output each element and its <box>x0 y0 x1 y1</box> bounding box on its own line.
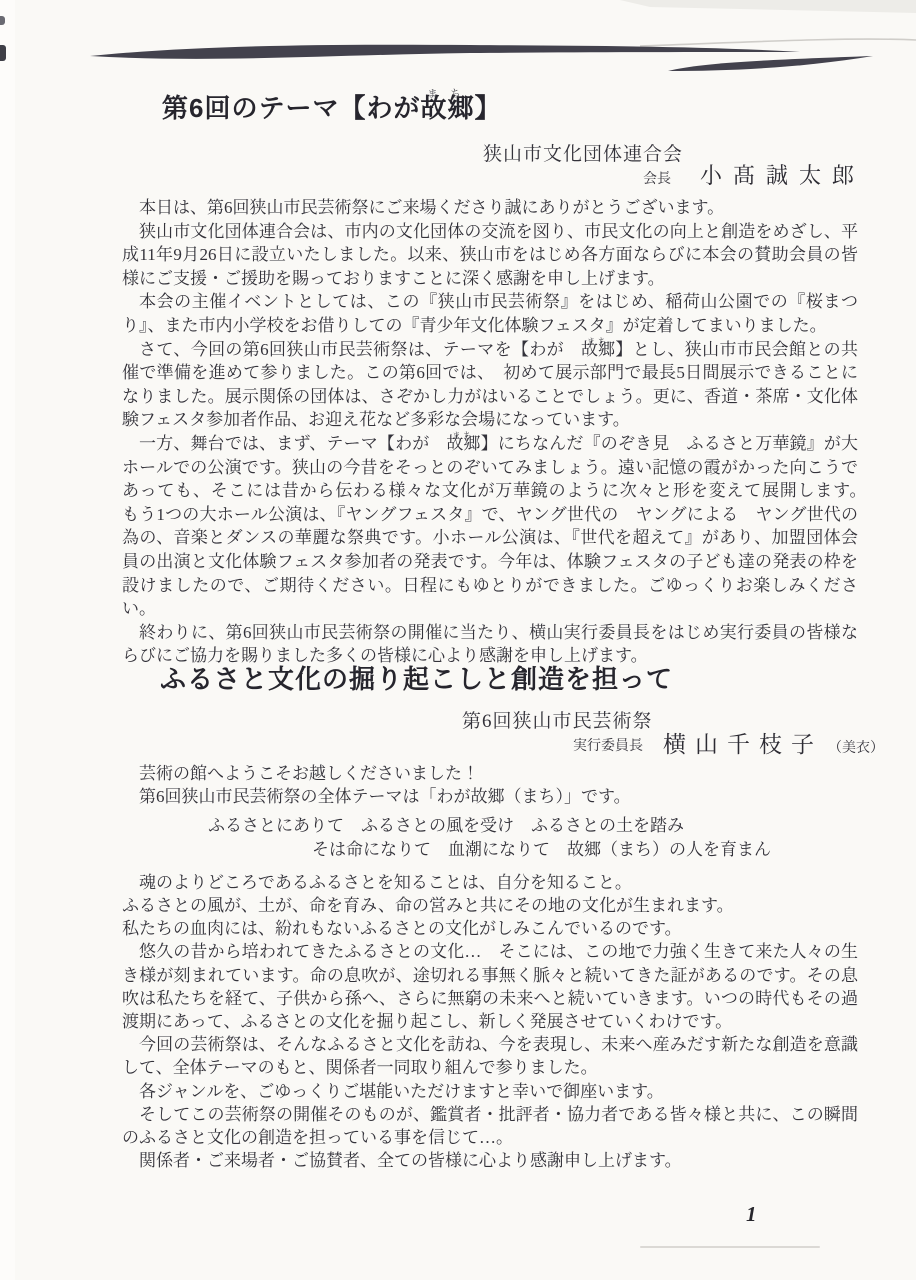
s2-line-2: ふるさとの風が、土が、命を育み、命の営みと共にその地の文化が生まれます。 <box>122 894 858 917</box>
event-name: 第6回狭山市民芸術祭 <box>462 706 653 733</box>
section1-title: 第6回のテーマ【わが故郷まち】 <box>162 93 502 123</box>
scan-bottom-artifact <box>640 1246 820 1248</box>
chairman-name: 小髙誠太郎 <box>700 159 865 190</box>
scan-top-shadow <box>620 0 916 13</box>
organization-name: 狭山市文化団体連合会 <box>483 139 683 166</box>
s2-paragraph-5: 今回の芸術祭は、そんなふるさと文化を訪ね、今を表現し、未来へ産みだす新たな創造を… <box>122 1033 858 1079</box>
s2-line-3: 私たちの血肉には、紛れもないふるさとの文化がしみこんでいるのです。 <box>122 917 858 940</box>
s1-paragraph-2: 狭山市文化団体連合会は、市内の文化団体の交流を図り、市民文化の向上と創造をめざし… <box>122 220 858 291</box>
scan-left-edge <box>0 0 15 1280</box>
s1-paragraph-6: 終わりに、第6回狭山市民芸術祭の開催に当たり、横山実行委員長をはじめ実行委員の皆… <box>122 621 858 668</box>
committee-chief-name: 横山千枝子 <box>663 726 823 759</box>
s2-paragraph-6: 各ジャンルを、ごゆっくりご堪能いただけますと幸いで御座います。 <box>122 1080 858 1103</box>
section2-title: ふるさと文化の掘り起こしと創造を担って <box>160 664 673 694</box>
section1-body: 本日は、第6回狭山市民芸術祭にご来場くださり誠にありがとうございます。 狭山市文… <box>122 196 858 668</box>
s2-line-1: 魂のよりどころであるふるさとを知ることは、自分を知ること。 <box>122 871 858 894</box>
s1-paragraph-4: さて、今回の第6回狭山市民芸術祭は、テーマを【わが故郷まち】とし、狭山市市民会館… <box>122 338 858 432</box>
scanned-document-page: 第6回のテーマ【わが故郷まち】 狭山市文化団体連合会 会長 小髙誠太郎 本日は、… <box>0 0 916 1280</box>
s2-paragraph-7: そしてこの芸術祭の開催そのものが、鑑賞者・批評者・協力者である皆々様と共に、この… <box>122 1103 858 1149</box>
section2-body: 芸術の館へようこそお越しくださいました！ 第6回狭山市民芸術祭の全体テーマは「わ… <box>122 762 858 1172</box>
s2-greeting-1: 芸術の館へようこそお越しくださいました！ <box>122 762 858 785</box>
page-number: 1 <box>746 1202 757 1227</box>
scan-page-edge-line <box>640 39 916 46</box>
poem-line-2: そは命になりて 血潮になりて 故郷（まち）の人を育まん <box>122 838 858 861</box>
ruby-word: 故郷まち <box>420 93 474 123</box>
committee-role-label: 実行委員長 <box>573 735 643 755</box>
furigana: まち <box>421 80 473 110</box>
furigana: まち <box>435 424 474 448</box>
s1-paragraph-3: 本会の主催イベントとしては、この『狭山市民芸術祭』をはじめ、稲荷山公園での『桜ま… <box>122 290 858 337</box>
furigana: まち <box>570 330 609 354</box>
poem-line-1: ふるさとにありて ふるさとの風を受け ふるさとの土を踏み <box>122 814 858 837</box>
s1-paragraph-1: 本日は、第6回狭山市民芸術祭にご来場くださり誠にありがとうございます。 <box>122 196 858 220</box>
committee-chief-name-note: （美衣） <box>828 737 884 757</box>
swoosh-accent-stroke <box>668 56 873 71</box>
ruby-word: 故郷まち <box>429 432 480 456</box>
ruby-word: 故郷まち <box>564 338 615 362</box>
swoosh-main-stroke <box>90 45 800 59</box>
s2-paragraph-4: 悠久の昔から培われてきたふるさとの文化… そこには、この地で力強く生きて来た人々… <box>122 940 858 1033</box>
s2-greeting-2: 第6回狭山市民芸術祭の全体テーマは「わが故郷（まち）」です。 <box>122 785 858 808</box>
s2-paragraph-8: 関係者・ご来場者・ご協賛者、全ての皆様に心より感謝申し上げます。 <box>122 1149 858 1172</box>
s1-paragraph-5: 一方、舞台では、まず、テーマ【わが故郷まち】にちなんだ『のぞき見 ふるさと万華鏡… <box>122 432 858 621</box>
chairman-role-label: 会長 <box>643 168 671 188</box>
